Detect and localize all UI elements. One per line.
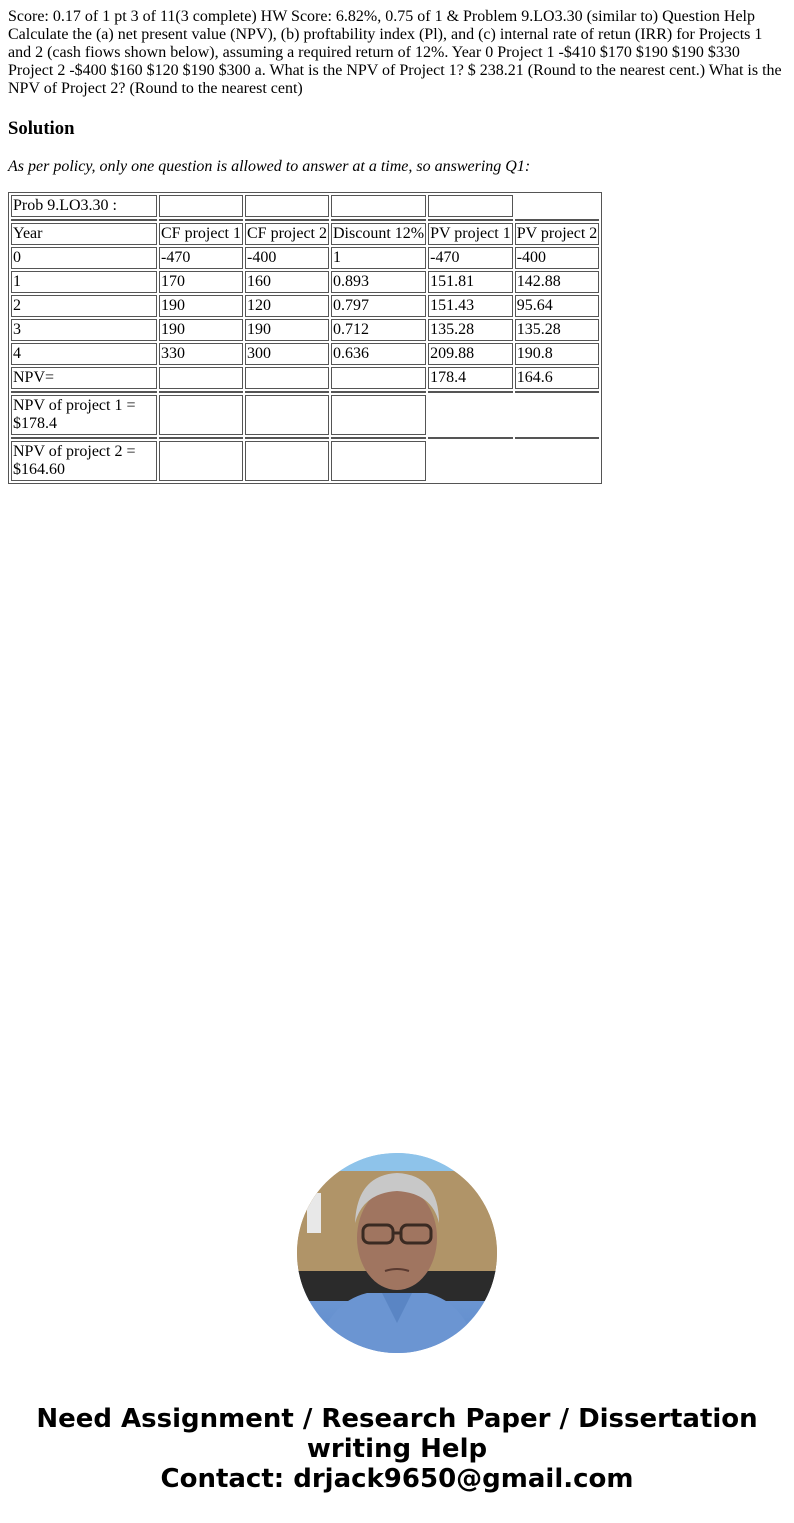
- spacer-cell: [11, 391, 157, 393]
- spacer-cell: [428, 391, 513, 393]
- spacer-cell: [515, 391, 600, 393]
- empty-cell: [159, 195, 243, 217]
- cell-year: 3: [11, 319, 157, 341]
- cell-pv-project-2: 142.88: [515, 271, 600, 293]
- empty-cell: [515, 441, 600, 481]
- cell-pv-project-1: 209.88: [428, 343, 513, 365]
- header-cf-project-2: CF project 2: [245, 223, 329, 245]
- cell-cf-project-2: 120: [245, 295, 329, 317]
- spacer-cell: [11, 437, 157, 439]
- table-row: 1 170 160 0.893 151.81 142.88: [11, 271, 599, 293]
- npv-pv-project-1: 178.4: [428, 367, 513, 389]
- table-row: 2 190 120 0.797 151.43 95.64: [11, 295, 599, 317]
- promo-line-1: Need Assignment / Research Paper / Disse…: [0, 1404, 794, 1434]
- npv-project-1-result: NPV of project 1 = $178.4: [11, 395, 157, 435]
- empty-cell: [331, 441, 426, 481]
- cell-discount: 0.636: [331, 343, 426, 365]
- cell-pv-project-2: -400: [515, 247, 600, 269]
- cell-cf-project-1: 170: [159, 271, 243, 293]
- cell-pv-project-2: 190.8: [515, 343, 600, 365]
- promo-contact: Contact: drjack9650@gmail.com: [0, 1464, 794, 1494]
- cell-cf-project-1: -470: [159, 247, 243, 269]
- empty-cell: [159, 441, 243, 481]
- cell-discount: 0.712: [331, 319, 426, 341]
- policy-note: As per policy, only one question is allo…: [8, 158, 786, 176]
- table-header-row: Year CF project 1 CF project 2 Discount …: [11, 223, 599, 245]
- empty-cell: [428, 441, 513, 481]
- promo-banner: Need Assignment / Research Paper / Disse…: [0, 1404, 794, 1494]
- cell-year: 4: [11, 343, 157, 365]
- spacer-cell: [159, 391, 243, 393]
- header-discount: Discount 12%: [331, 223, 426, 245]
- cell-cf-project-2: 300: [245, 343, 329, 365]
- header-pv-project-1: PV project 1: [428, 223, 513, 245]
- cell-year: 0: [11, 247, 157, 269]
- npv-project-2-result: NPV of project 2 = $164.60: [11, 441, 157, 481]
- empty-cell: [515, 395, 600, 435]
- cell-cf-project-2: 160: [245, 271, 329, 293]
- cell-pv-project-2: 135.28: [515, 319, 600, 341]
- table-row: 4 330 300 0.636 209.88 190.8: [11, 343, 599, 365]
- empty-cell: [428, 195, 513, 217]
- question-text: Score: 0.17 of 1 pt 3 of 11(3 complete) …: [8, 8, 786, 98]
- npv-label: NPV=: [11, 367, 157, 389]
- spacer-cell: [245, 391, 329, 393]
- npv-project-1-row: NPV of project 1 = $178.4: [11, 395, 599, 435]
- table-title-row: Prob 9.LO3.30 :: [11, 195, 599, 217]
- npv-table: Prob 9.LO3.30 : Year CF project 1 CF pro…: [8, 192, 602, 484]
- spacer-cell: [331, 437, 426, 439]
- table-row: 3 190 190 0.712 135.28 135.28: [11, 319, 599, 341]
- spacer-cell: [515, 219, 600, 221]
- spacer-cell: [159, 219, 243, 221]
- author-avatar: [297, 1153, 497, 1353]
- spacer-cell: [428, 219, 513, 221]
- npv-pv-project-2: 164.6: [515, 367, 600, 389]
- cell-pv-project-1: 135.28: [428, 319, 513, 341]
- npv-project-2-row: NPV of project 2 = $164.60: [11, 441, 599, 481]
- cell-discount: 1: [331, 247, 426, 269]
- cell-year: 2: [11, 295, 157, 317]
- cell-pv-project-1: 151.43: [428, 295, 513, 317]
- cell-discount: 0.893: [331, 271, 426, 293]
- spacer-cell: [515, 437, 600, 439]
- empty-cell: [159, 367, 243, 389]
- cell-pv-project-1: -470: [428, 247, 513, 269]
- cell-discount: 0.797: [331, 295, 426, 317]
- spacer-cell: [245, 437, 329, 439]
- spacer-row: [11, 219, 599, 221]
- empty-cell: [515, 195, 600, 217]
- header-year: Year: [11, 223, 157, 245]
- header-pv-project-2: PV project 2: [515, 223, 600, 245]
- empty-cell: [159, 395, 243, 435]
- spacer-cell: [331, 391, 426, 393]
- cell-pv-project-1: 151.81: [428, 271, 513, 293]
- empty-cell: [245, 195, 329, 217]
- empty-cell: [331, 195, 426, 217]
- spacer-row: [11, 437, 599, 439]
- cell-cf-project-1: 190: [159, 295, 243, 317]
- page-content: Score: 0.17 of 1 pt 3 of 11(3 complete) …: [0, 0, 794, 484]
- spacer-cell: [331, 219, 426, 221]
- cell-pv-project-2: 95.64: [515, 295, 600, 317]
- cell-cf-project-2: -400: [245, 247, 329, 269]
- empty-cell: [245, 441, 329, 481]
- cell-cf-project-2: 190: [245, 319, 329, 341]
- empty-cell: [331, 395, 426, 435]
- spacer-cell: [428, 437, 513, 439]
- promo-line-2: writing Help: [0, 1434, 794, 1464]
- spacer-row: [11, 391, 599, 393]
- empty-cell: [245, 395, 329, 435]
- spacer-cell: [159, 437, 243, 439]
- cell-cf-project-1: 190: [159, 319, 243, 341]
- header-cf-project-1: CF project 1: [159, 223, 243, 245]
- npv-row: NPV= 178.4 164.6: [11, 367, 599, 389]
- spacer-cell: [11, 219, 157, 221]
- empty-cell: [331, 367, 426, 389]
- empty-cell: [428, 395, 513, 435]
- person-photo-icon: [297, 1153, 497, 1353]
- cell-year: 1: [11, 271, 157, 293]
- empty-cell: [245, 367, 329, 389]
- table-row: 0 -470 -400 1 -470 -400: [11, 247, 599, 269]
- spacer-cell: [245, 219, 329, 221]
- cell-cf-project-1: 330: [159, 343, 243, 365]
- table-title: Prob 9.LO3.30 :: [11, 195, 157, 217]
- solution-heading: Solution: [8, 118, 786, 140]
